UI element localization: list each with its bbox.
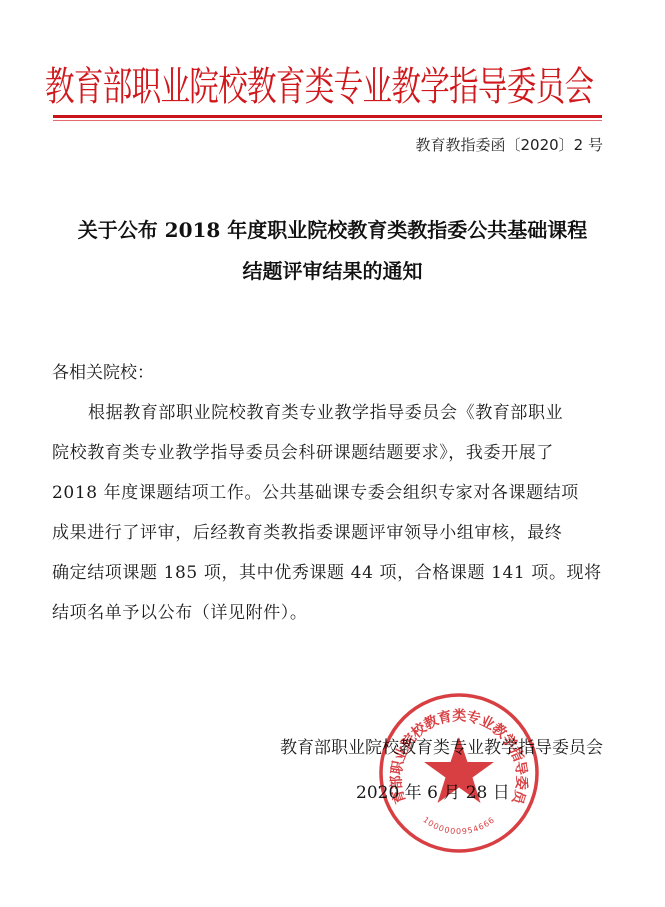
masthead-red-rule-thin [53,120,602,121]
official-seal: 教育部职业院校教育类专业教学指导委员会 1000000954666 [378,692,540,854]
body-line: 结项名单予以公布（详见附件）。 [52,601,308,625]
body-line: 2018 年度课题结项工作。公共基础课专委会组织专家对各课题结项 [52,481,579,505]
body-line: 成果进行了评审，后经教育类教指委课题评审领导小组审核，最终 [52,521,562,545]
body-line: 根据教育部职业院校教育类专业教学指导委员会《教育部职业 [88,401,563,425]
star-icon [424,737,494,803]
notice-heading-line-1: 关于公布 2018 年度职业院校教育类教指委公共基础课程 [0,217,665,243]
body-line: 确定结项课题 185 项，其中优秀课题 44 项，合格课题 141 项。现将 [52,561,602,585]
seal-serial: 1000000954666 [421,815,496,836]
document-page: 教育部职业院校教育类专业教学指导委员会 教育教指委函〔2020〕2 号 关于公布… [0,0,665,907]
masthead-red-rule [53,115,602,118]
body-line: 院校教育类专业教学指导委员会科研课题结题要求》，我委开展了 [52,441,554,465]
document-number: 教育教指委函〔2020〕2 号 [416,135,604,155]
salutation: 各相关院校： [52,361,154,385]
notice-heading-line-2: 结题评审结果的通知 [0,258,665,284]
masthead: 教育部职业院校教育类专业教学指导委员会 [45,64,603,110]
masthead-title: 教育部职业院校教育类专业教学指导委员会 [45,64,593,110]
